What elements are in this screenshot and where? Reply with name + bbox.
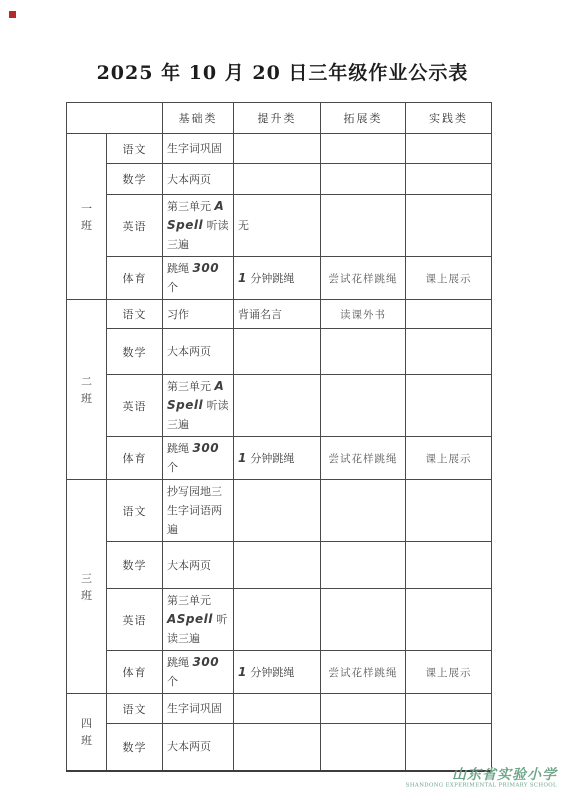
homework-cell: 1 分钟跳绳	[234, 651, 321, 694]
subject-label-cell: 英语	[107, 589, 163, 651]
school-name-cn: 山东省实验小学	[389, 768, 557, 783]
table-row: 英语第三单元 A Spell 听读三遍无	[67, 195, 492, 257]
subject-label-cell: 语文	[107, 694, 163, 724]
handwritten-text: 300	[193, 261, 220, 275]
table-row: 体育跳绳 300 个1 分钟跳绳尝试花样跳绳课上展示	[67, 651, 492, 694]
homework-cell: 尝试花样跳绳	[321, 257, 406, 300]
homework-cell	[234, 375, 321, 437]
class-label-char: 一	[71, 200, 102, 217]
cell-text: 第三单元	[167, 594, 211, 607]
document-page: 2025 年 10 月 20 日三年级作业公示表 基础类提升类拓展类实践类一班语…	[0, 0, 565, 800]
school-name-en: SHANDONG EXPERIMENTAL PRIMARY SCHOOL	[406, 783, 557, 789]
school-watermark: 山东省实验小学 SHANDONG EXPERIMENTAL PRIMARY SC…	[389, 768, 557, 790]
class-label-cell: 三班	[67, 480, 107, 694]
class-label-char: 二	[71, 373, 102, 390]
homework-table: 基础类提升类拓展类实践类一班语文生字词巩固数学大本两页英语第三单元 A Spel…	[66, 102, 492, 772]
class-label-char: 三	[71, 570, 102, 587]
subject-label-cell: 体育	[107, 257, 163, 300]
homework-cell	[321, 480, 406, 542]
cell-text: 习作	[167, 308, 189, 321]
homework-cell	[406, 589, 492, 651]
class-label-cell: 四班	[67, 694, 107, 771]
class-label-cell: 二班	[67, 300, 107, 480]
cell-text: 尝试花样跳绳	[329, 453, 398, 465]
table-row: 数学大本两页	[67, 164, 492, 195]
homework-cell	[406, 480, 492, 542]
homework-cell	[234, 694, 321, 724]
cell-text: 跳绳	[167, 656, 193, 669]
homework-cell	[321, 542, 406, 589]
table-row: 体育跳绳 300 个1 分钟跳绳尝试花样跳绳课上展示	[67, 257, 492, 300]
handwritten-text: ASpell	[167, 612, 213, 626]
homework-cell: 大本两页	[163, 724, 234, 771]
homework-cell: 背诵名言	[234, 300, 321, 329]
homework-cell	[406, 694, 492, 724]
homework-cell: 跳绳 300 个	[163, 257, 234, 300]
subject-label-cell: 数学	[107, 542, 163, 589]
homework-cell	[234, 164, 321, 195]
cell-text: 课上展示	[426, 667, 472, 679]
table-row: 数学大本两页	[67, 542, 492, 589]
table-row: 数学大本两页	[67, 329, 492, 375]
cell-text: 分钟跳绳	[247, 272, 295, 285]
homework-cell: 大本两页	[163, 329, 234, 375]
class-label-char: 四	[71, 715, 102, 732]
cell-text: 分钟跳绳	[247, 452, 295, 465]
homework-cell	[321, 375, 406, 437]
class-label-char: 班	[71, 217, 102, 234]
homework-cell: 习作	[163, 300, 234, 329]
homework-cell: 1 分钟跳绳	[234, 257, 321, 300]
homework-cell: 尝试花样跳绳	[321, 651, 406, 694]
class-label-char: 班	[71, 587, 102, 604]
homework-cell: 跳绳 300 个	[163, 651, 234, 694]
subject-label-cell: 数学	[107, 724, 163, 771]
homework-cell: 无	[234, 195, 321, 257]
homework-cell	[406, 164, 492, 195]
homework-cell: 大本两页	[163, 542, 234, 589]
handwritten-text: 300	[193, 441, 220, 455]
table-row: 四班语文生字词巩固	[67, 694, 492, 724]
homework-table-body: 基础类提升类拓展类实践类一班语文生字词巩固数学大本两页英语第三单元 A Spel…	[67, 103, 492, 771]
table-header-row: 基础类提升类拓展类实践类	[67, 103, 492, 134]
handwritten-text: 1	[238, 271, 247, 285]
homework-cell: 生字词巩固	[163, 694, 234, 724]
subject-label-cell: 语文	[107, 134, 163, 164]
homework-cell	[321, 329, 406, 375]
subject-label-cell: 语文	[107, 300, 163, 329]
column-header: 基础类	[163, 103, 234, 134]
subject-label-cell: 英语	[107, 375, 163, 437]
handwritten-text: 300	[193, 655, 220, 669]
cell-text: 跳绳	[167, 442, 193, 455]
subject-label-cell: 数学	[107, 164, 163, 195]
homework-cell	[406, 329, 492, 375]
homework-cell: 课上展示	[406, 437, 492, 480]
cell-text: 生字词巩固	[167, 142, 222, 155]
homework-cell	[321, 589, 406, 651]
homework-cell	[321, 724, 406, 771]
cell-text: 读课外书	[340, 309, 386, 321]
cell-text: 个	[167, 461, 178, 474]
handwritten-text: 1	[238, 451, 247, 465]
table-row: 体育跳绳 300 个1 分钟跳绳尝试花样跳绳课上展示	[67, 437, 492, 480]
class-label-char: 班	[71, 390, 102, 407]
homework-cell	[406, 375, 492, 437]
homework-cell: 第三单元 A Spell 听读三遍	[163, 375, 234, 437]
cell-text: 尝试花样跳绳	[329, 273, 398, 285]
page-title: 2025 年 10 月 20 日三年级作业公示表	[0, 58, 565, 85]
homework-cell: 第三单元ASpell 听读三遍	[163, 589, 234, 651]
header-blank-cell	[67, 103, 163, 134]
class-label-cell: 一班	[67, 134, 107, 300]
homework-cell	[406, 300, 492, 329]
homework-cell: 1 分钟跳绳	[234, 437, 321, 480]
table-row: 数学大本两页	[67, 724, 492, 771]
table-row: 三班语文抄写园地三生字词语两遍	[67, 480, 492, 542]
column-header: 提升类	[234, 103, 321, 134]
handwritten-text: 1	[238, 665, 247, 679]
subject-label-cell: 英语	[107, 195, 163, 257]
homework-cell	[321, 694, 406, 724]
homework-cell: 大本两页	[163, 164, 234, 195]
homework-cell: 第三单元 A Spell 听读三遍	[163, 195, 234, 257]
homework-cell	[234, 480, 321, 542]
cell-text: 分钟跳绳	[247, 666, 295, 679]
homework-cell	[406, 195, 492, 257]
class-label-char: 班	[71, 732, 102, 749]
cell-text: 大本两页	[167, 345, 211, 358]
cell-text: 个	[167, 281, 178, 294]
homework-cell: 跳绳 300 个	[163, 437, 234, 480]
homework-cell	[321, 164, 406, 195]
cell-text: 背诵名言	[238, 308, 282, 321]
homework-cell	[234, 589, 321, 651]
cell-text: 大本两页	[167, 559, 211, 572]
homework-cell	[321, 134, 406, 164]
table-row: 二班语文习作背诵名言读课外书	[67, 300, 492, 329]
homework-cell	[406, 724, 492, 771]
homework-cell: 读课外书	[321, 300, 406, 329]
homework-cell	[406, 134, 492, 164]
cell-text: 个	[167, 675, 178, 688]
homework-cell: 课上展示	[406, 651, 492, 694]
homework-cell: 抄写园地三生字词语两遍	[163, 480, 234, 542]
subject-label-cell: 语文	[107, 480, 163, 542]
subject-label-cell: 数学	[107, 329, 163, 375]
cell-text: 跳绳	[167, 262, 193, 275]
cell-text: 生字词巩固	[167, 702, 222, 715]
cell-text: 第三单元	[167, 380, 215, 393]
table-row: 英语第三单元ASpell 听读三遍	[67, 589, 492, 651]
homework-cell: 课上展示	[406, 257, 492, 300]
homework-cell	[234, 724, 321, 771]
cell-text: 尝试花样跳绳	[329, 667, 398, 679]
homework-cell: 生字词巩固	[163, 134, 234, 164]
homework-cell	[234, 329, 321, 375]
cell-text: 大本两页	[167, 173, 211, 186]
column-header: 实践类	[406, 103, 492, 134]
cell-text: 抄写园地三生字词语两遍	[167, 485, 222, 536]
subject-label-cell: 体育	[107, 437, 163, 480]
subject-label-cell: 体育	[107, 651, 163, 694]
homework-cell	[321, 195, 406, 257]
homework-cell	[234, 134, 321, 164]
table-row: 一班语文生字词巩固	[67, 134, 492, 164]
homework-cell	[234, 542, 321, 589]
red-corner-marker	[9, 11, 16, 18]
cell-text: 课上展示	[426, 453, 472, 465]
cell-text: 无	[238, 219, 249, 232]
homework-cell: 尝试花样跳绳	[321, 437, 406, 480]
homework-cell	[406, 542, 492, 589]
column-header: 拓展类	[321, 103, 406, 134]
cell-text: 第三单元	[167, 200, 215, 213]
table-row: 英语第三单元 A Spell 听读三遍	[67, 375, 492, 437]
cell-text: 大本两页	[167, 740, 211, 753]
cell-text: 课上展示	[426, 273, 472, 285]
